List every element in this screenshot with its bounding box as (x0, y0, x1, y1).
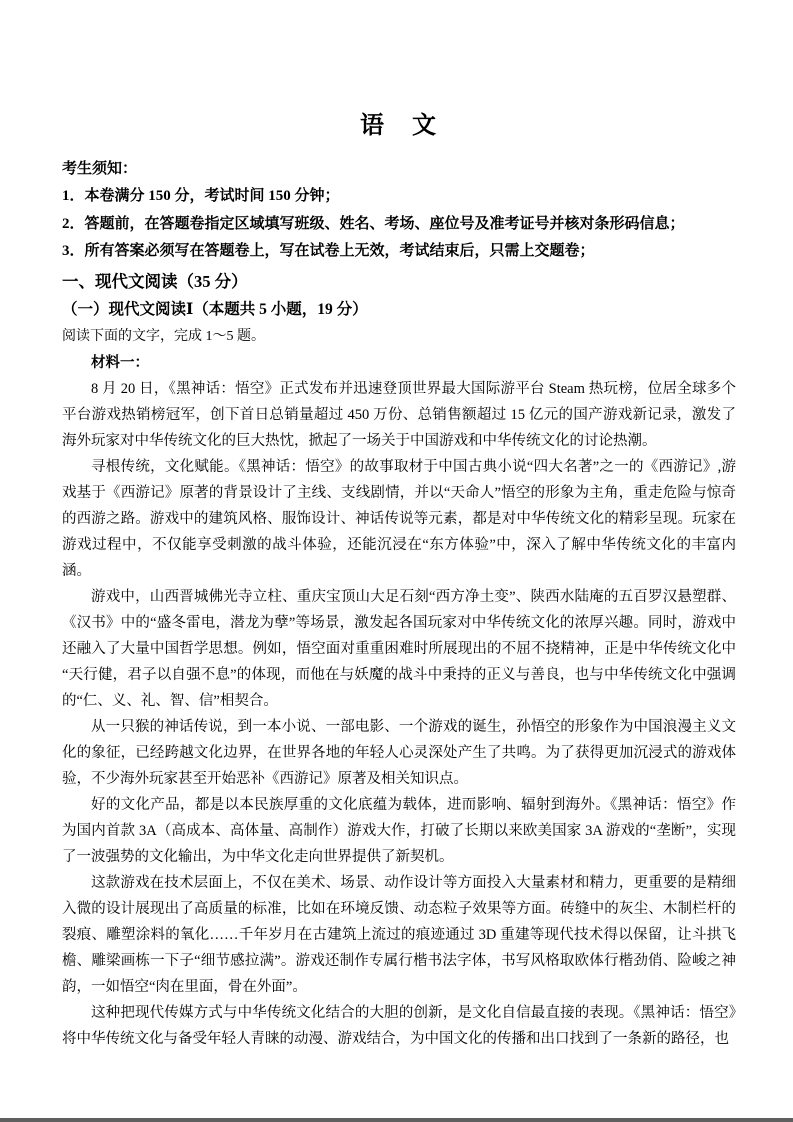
notice-item-2: 2．答题前，在答题卷指定区域填写班级、姓名、考场、座位号及准考证号并核对条形码信… (62, 211, 736, 239)
reading-instruction: 阅读下面的文字，完成 1～5 题。 (62, 325, 736, 349)
passage-paragraph-7: 这种把现代传媒方式与中华传统文化结合的大胆的创新，是文化自信最直接的表现。《黑神… (62, 1000, 736, 1052)
passage-paragraph-2: 寻根传统，文化赋能。《黑神话：悟空》的故事取材于中国古典小说“四大名著”之一的《… (62, 454, 736, 584)
reading-passage: 8 月 20 日，《黑神话：悟空》正式发布并迅速登顶世界最大国际游平台 Stea… (62, 376, 736, 1052)
passage-paragraph-1: 8 月 20 日，《黑神话：悟空》正式发布并迅速登顶世界最大国际游平台 Stea… (62, 376, 736, 454)
section-heading-modern-reading: 一、现代文阅读（35 分） (62, 269, 736, 295)
page-bottom-edge (0, 1118, 793, 1122)
material-one-label: 材料一： (62, 351, 736, 376)
notice-heading: 考生须知： (62, 156, 736, 183)
exam-paper-page: 语 文 考生须知： 1．本卷满分 150 分，考试时间 150 分钟； 2．答题… (62, 0, 736, 1052)
exam-title: 语 文 (62, 110, 736, 142)
passage-paragraph-3: 游戏中，山西晋城佛光寺立柱、重庆宝顶山大足石刻“西方净土变”、陕西水陆庵的五百罗… (62, 584, 736, 714)
notice-item-3: 3．所有答案必须写在答题卷上，写在试卷上无效，考试结束后，只需上交题卷； (62, 238, 736, 266)
examinee-notice: 考生须知： 1．本卷满分 150 分，考试时间 150 分钟； 2．答题前，在答… (62, 156, 736, 266)
notice-item-1: 1．本卷满分 150 分，考试时间 150 分钟； (62, 183, 736, 211)
passage-paragraph-6: 这款游戏在技术层面上，不仅在美术、场景、动作设计等方面投入大量素材和精力，更重要… (62, 870, 736, 1000)
subsection-heading-reading-1: （一）现代文阅读Ⅰ（本题共 5 小题，19 分） (62, 297, 736, 323)
passage-paragraph-5: 好的文化产品，都是以本民族厚重的文化底蕴为载体，进而影响、辐射到海外。《黑神话：… (62, 792, 736, 870)
passage-paragraph-4: 从一只猴的神话传说，到一本小说、一部电影、一个游戏的诞生，孙悟空的形象作为中国浪… (62, 714, 736, 792)
